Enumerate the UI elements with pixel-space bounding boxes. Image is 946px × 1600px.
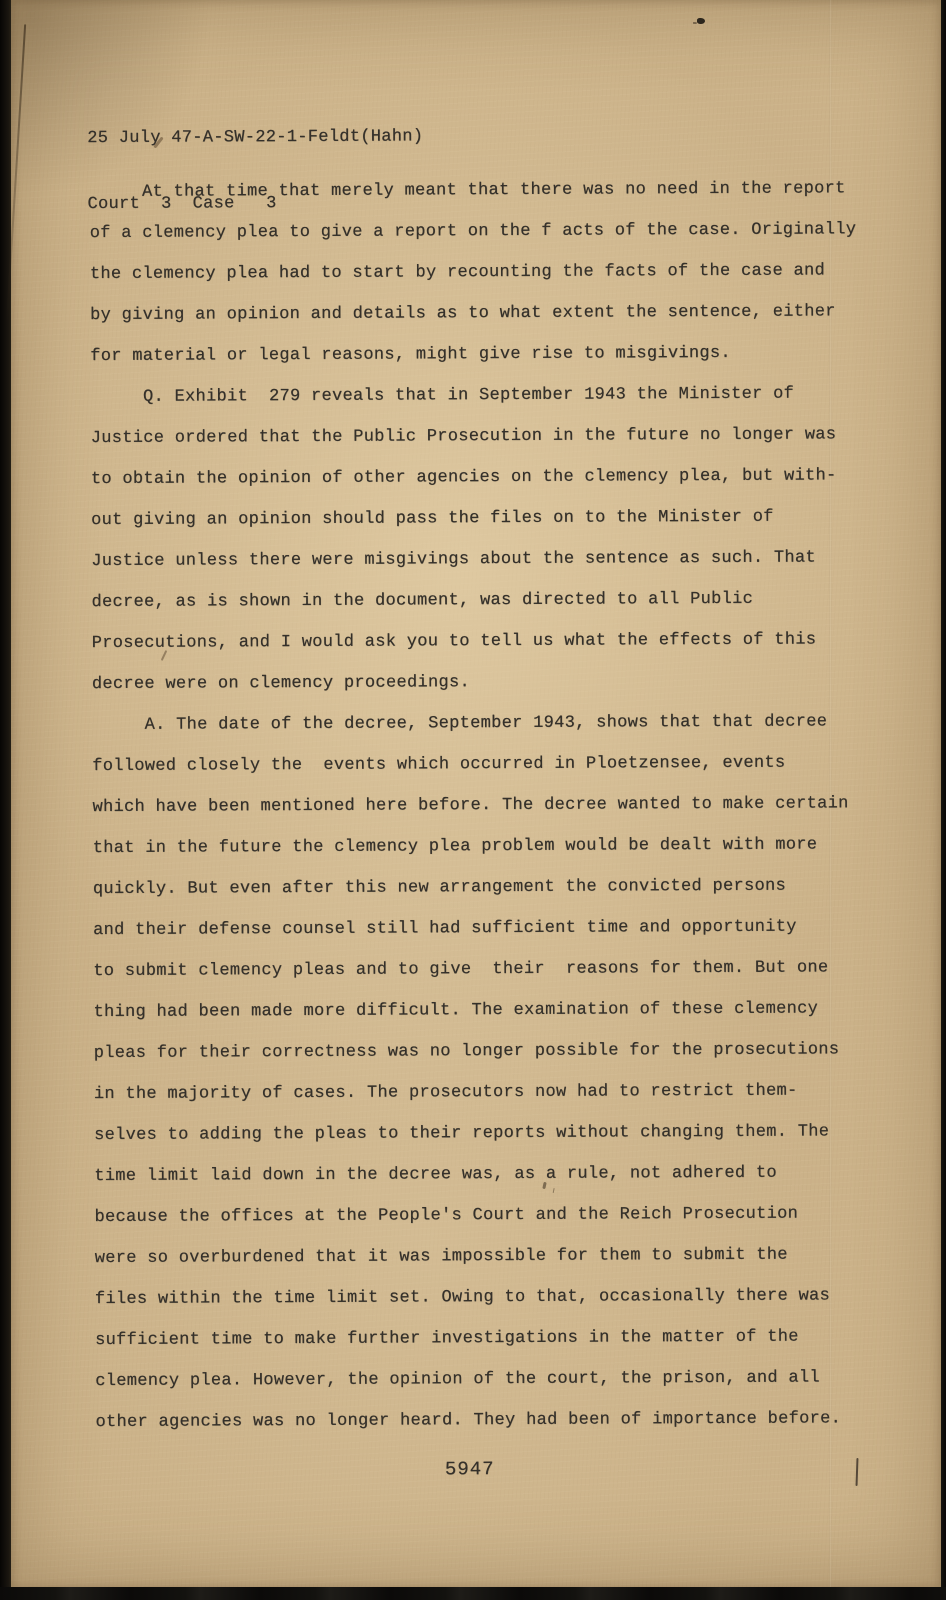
transcript-line: in the majority of cases. The prosecutor… [94,1070,861,1115]
transcript-line: out giving an opinion should pass the fi… [91,496,858,541]
transcript-line: Justice ordered that the Public Prosecut… [91,414,858,459]
paper-sheet: 25 July 47-A-SW-22-1-Feldt(Hahn) Court 3… [11,0,941,1589]
transcript-line: other agencies was no longer heard. They… [95,1398,862,1443]
transcript-line: and their defense counsel still had suff… [93,906,860,951]
typewritten-text-layer: 25 July 47-A-SW-22-1-Feldt(Hahn) Court 3… [10,0,946,1589]
transcript-body: At that time that merely meant that ther… [89,168,862,1443]
transcript-line: selves to adding the pleas to their repo… [94,1111,861,1156]
transcript-line: At that time that merely meant that ther… [89,168,856,213]
transcript-line: sufficient time to make further investig… [95,1316,862,1361]
transcript-line: quickly. But even after this new arrange… [93,865,860,910]
transcript-line: clemency plea. However, the opinion of t… [95,1357,862,1402]
transcript-line: decree were on clemency proceedings. [92,660,859,705]
transcript-line: Prosecutions, and I would ask you to tel… [92,619,859,664]
transcript-line: Justice unless there were misgivings abo… [91,537,858,582]
transcript-line: time limit laid down in the decree was, … [94,1152,861,1197]
scanned-page: 25 July 47-A-SW-22-1-Feldt(Hahn) Court 3… [0,0,946,1600]
transcript-line: thing had been made more difficult. The … [93,988,860,1033]
transcript-line: were so overburdened that it was impossi… [95,1234,862,1279]
transcript-line: which have been mentioned here before. T… [92,783,859,828]
transcript-line: by giving an opinion and details as to w… [90,291,857,336]
transcript-line: of a clemency plea to give a report on t… [90,209,857,254]
transcript-line: for material or legal reasons, might giv… [90,332,857,377]
transcript-line: followed closely the events which occurr… [92,742,859,787]
transcript-line: decree, as is shown in the document, was… [91,578,858,623]
transcript-line: because the offices at the People's Cour… [94,1193,861,1238]
transcript-line: to submit clemency pleas and to give the… [93,947,860,992]
header-reference-line: 25 July 47-A-SW-22-1-Feldt(Hahn) [87,126,423,150]
scan-edge-bottom [0,1587,946,1600]
transcript-line: files within the time limit set. Owing t… [95,1275,862,1320]
transcript-line: A. The date of the decree, September 194… [92,701,859,746]
transcript-line: the clemency plea had to start by recoun… [90,250,857,295]
transcript-line: Q. Exhibit 279 reveals that in September… [90,373,857,418]
transcript-line: to obtain the opinion of other agencies … [91,455,858,500]
transcript-line: that in the future the clemency plea pro… [93,824,860,869]
transcript-line: pleas for their correctness was no longe… [94,1029,861,1074]
ink-speck [697,18,705,24]
page-number: 5947 [5,1456,935,1483]
